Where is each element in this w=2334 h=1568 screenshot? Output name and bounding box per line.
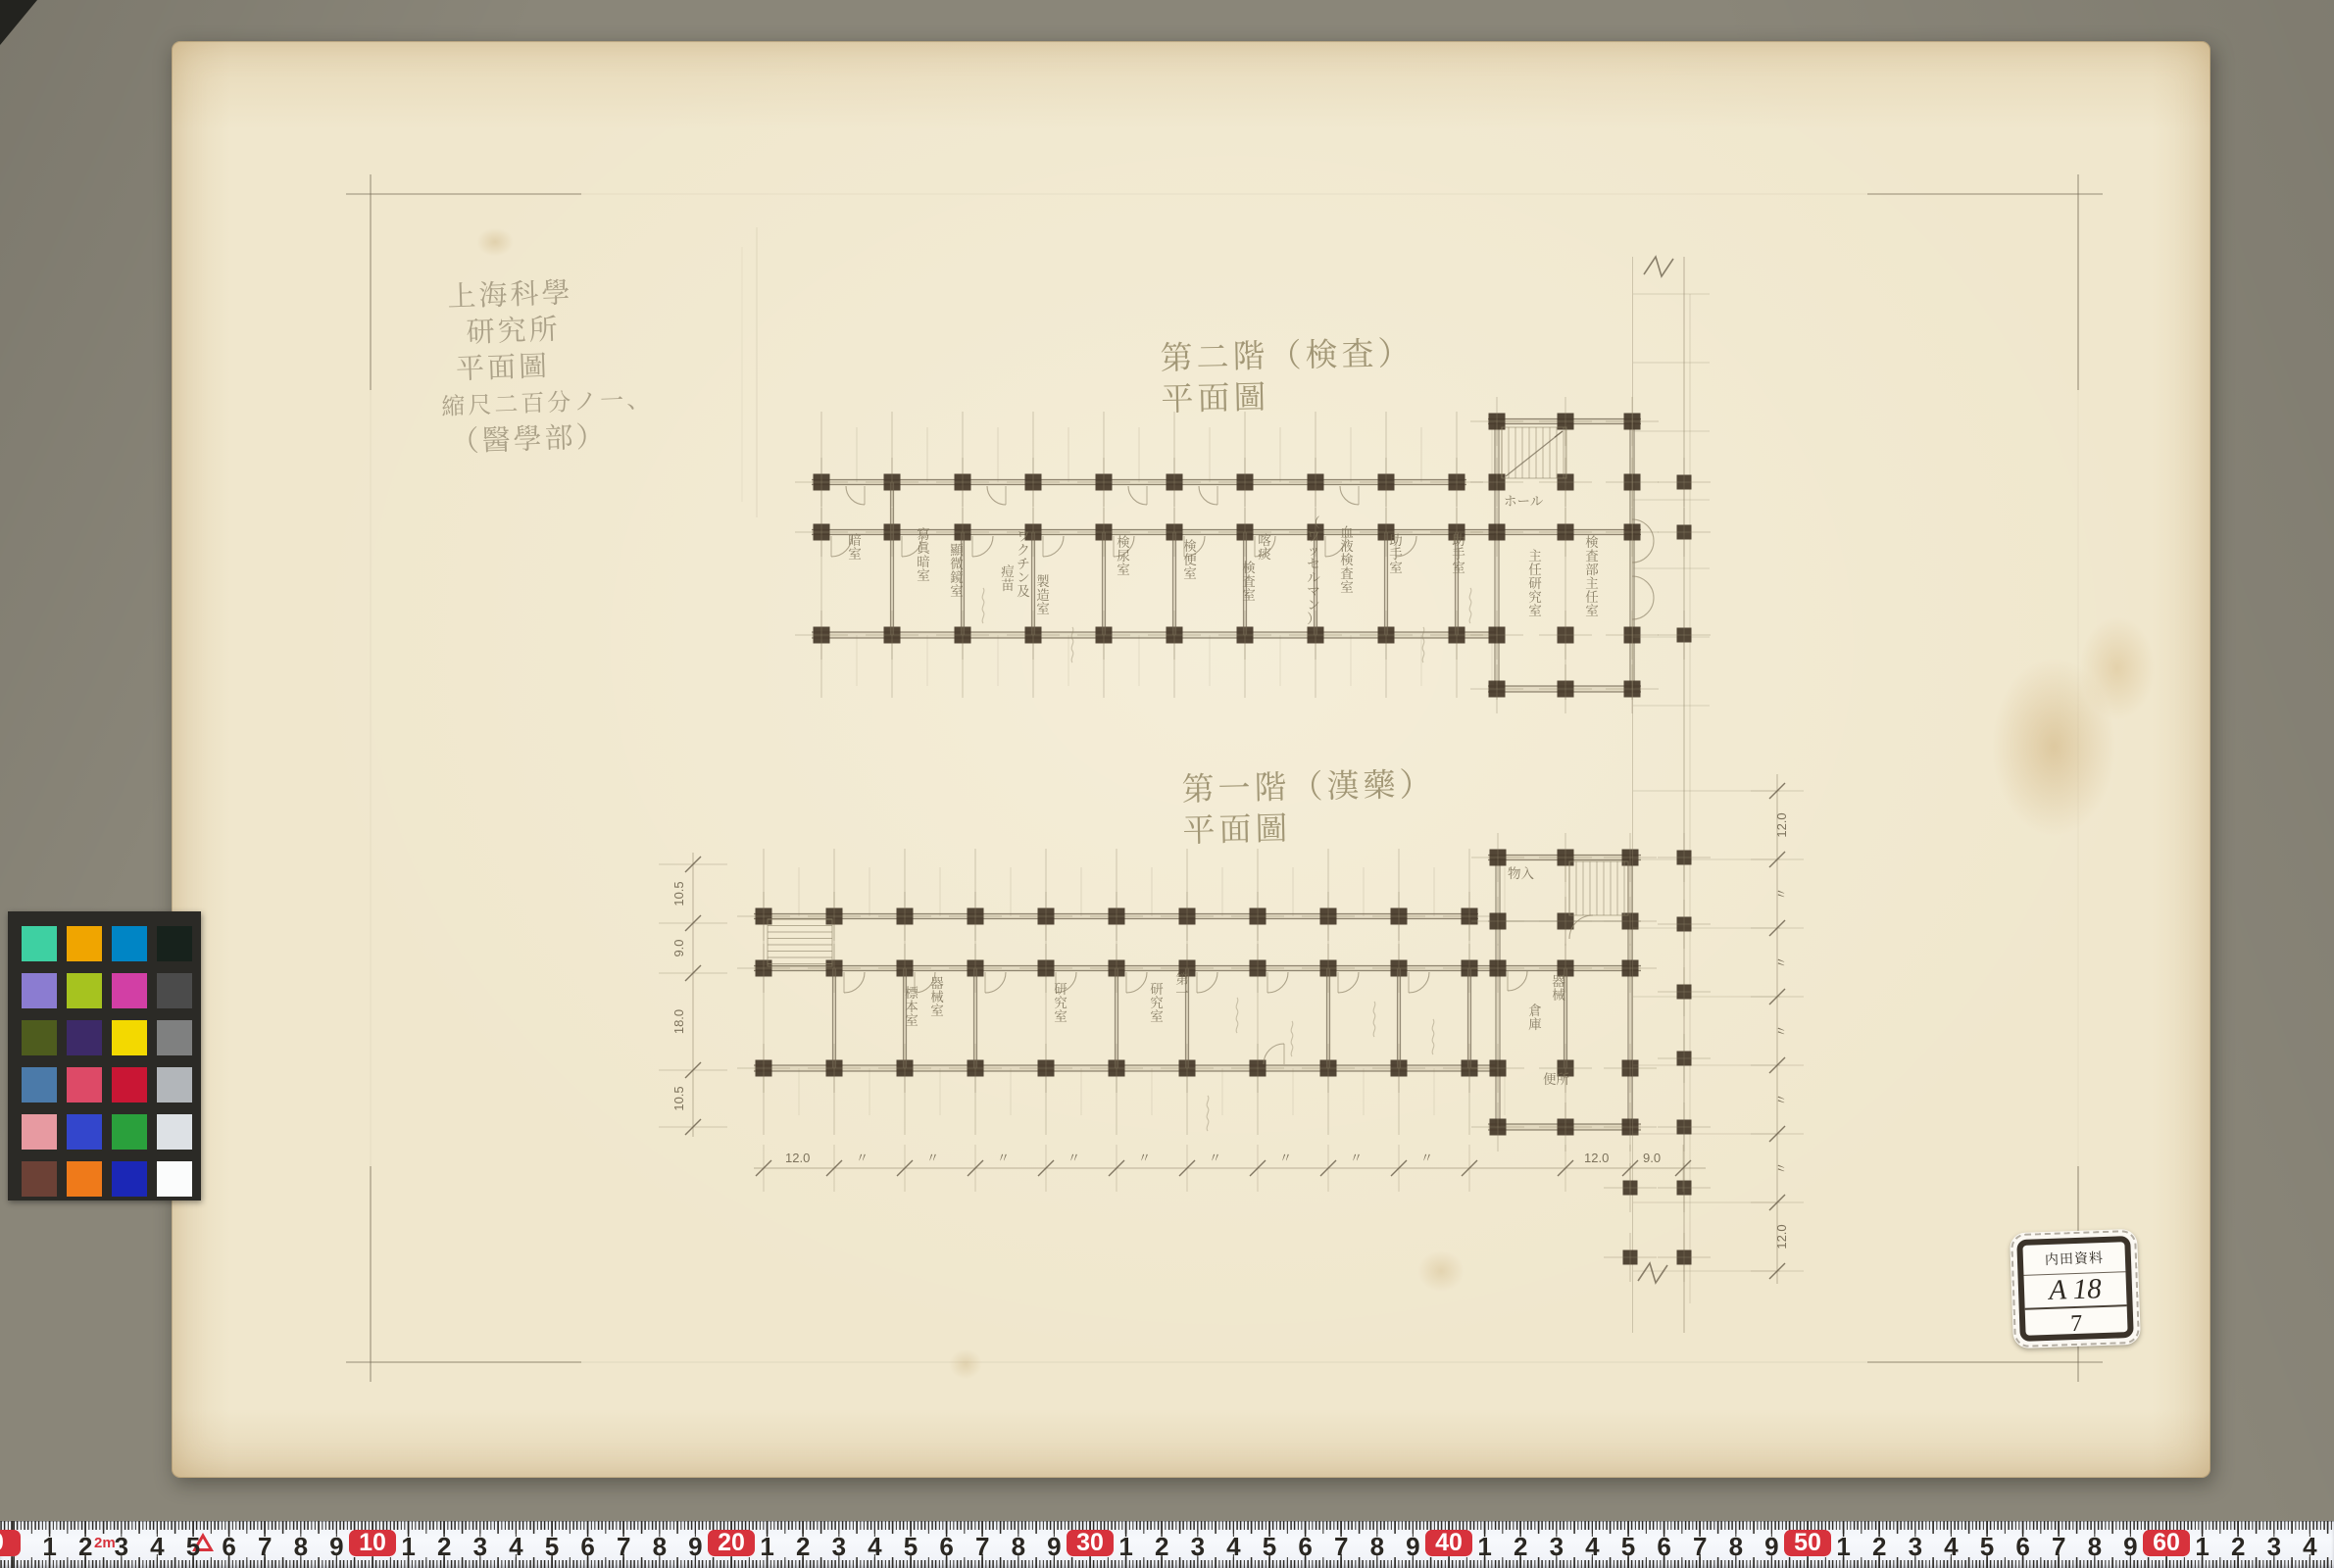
room-label: 標本室 — [905, 985, 919, 1028]
tape-number: 5 — [174, 1532, 213, 1562]
room-label: 血液検査室 — [1340, 525, 1354, 595]
room-label: 喀痰 — [1258, 533, 1271, 562]
color-patch — [22, 1067, 57, 1102]
tape-number: 7 — [604, 1532, 643, 1562]
tape-number: 4 — [1931, 1532, 1970, 1562]
dimension-label: 9.0 — [1643, 1151, 1661, 1165]
dimension-label: 12.0 — [1774, 812, 1789, 837]
tape-number: 6 — [2004, 1532, 2043, 1562]
dimension-label: 〃 — [1279, 1151, 1292, 1165]
tape-number: 1 — [30, 1532, 70, 1562]
dimension-label: 〃 — [1350, 1151, 1363, 1165]
color-patch — [157, 1114, 192, 1150]
dimension-label: 18.0 — [671, 1009, 686, 1034]
room-label: 助手室 — [1452, 533, 1465, 575]
tape-number: 4 — [855, 1532, 894, 1562]
color-patch — [67, 1114, 102, 1150]
tape-number: 1 — [2183, 1532, 2222, 1562]
color-patch — [112, 1161, 147, 1197]
color-patch — [157, 1067, 192, 1102]
room-label: （ワッセルマン） — [1307, 515, 1320, 626]
floor-plan-drawing: 10.59.018.010.512.0〃〃〃〃〃〃〃〃〃12.09.012.0〃… — [0, 0, 2334, 1568]
tape-number: 6 — [1645, 1532, 1684, 1562]
tape-number: 2 — [2218, 1532, 2258, 1562]
tape-tick-strip — [0, 1521, 2334, 1530]
trim-marks — [346, 174, 2103, 1382]
archive-label-number: 7 — [2025, 1306, 2128, 1342]
color-patch — [112, 1067, 147, 1102]
dimension-label: 〃 — [1209, 1151, 1221, 1165]
tape-number: 4 — [137, 1532, 176, 1562]
room-label: 検査部主任室 — [1585, 534, 1599, 618]
measuring-tape: 2m 0123456789101234567892012345678930123… — [0, 1521, 2334, 1568]
room-label: 助手室 — [1389, 533, 1403, 575]
room-label: 顯微鏡室 — [950, 543, 964, 599]
color-patch — [112, 973, 147, 1008]
color-patch — [112, 926, 147, 961]
tape-number: 1 — [1465, 1532, 1505, 1562]
dimension-label: 12.0 — [785, 1151, 810, 1165]
color-patch — [67, 1161, 102, 1197]
room-label: 器械室 — [930, 976, 944, 1018]
tape-number: 2 — [783, 1532, 822, 1562]
scanned-drawing-scene: 上海科學 研究所 平面圖 縮尺二百分ノ一、 （醫學部） 第二階（検査） 平面圖 … — [0, 0, 2334, 1568]
color-patch — [67, 1067, 102, 1102]
tape-number: 3 — [1896, 1532, 1935, 1562]
room-label: 器械 — [1552, 974, 1565, 1003]
tape-number: 1 — [1107, 1532, 1146, 1562]
dimension-label: 12.0 — [1584, 1151, 1609, 1165]
tape-number: 4 — [1572, 1532, 1612, 1562]
dimension-label: 〃 — [1420, 1151, 1433, 1165]
color-patch — [22, 1020, 57, 1055]
tape-number: 6 — [569, 1532, 608, 1562]
tape-number: 8 — [640, 1532, 679, 1562]
color-patch — [157, 1020, 192, 1055]
color-patch — [67, 1020, 102, 1055]
dimension-label: 10.5 — [671, 1086, 686, 1110]
tape-number: 2 — [1860, 1532, 1899, 1562]
tape-number: 3 — [1537, 1532, 1576, 1562]
color-patch — [157, 973, 192, 1008]
color-patch — [22, 1161, 57, 1197]
room-label: 便所 — [1543, 1072, 1570, 1087]
dimension-label: 〃 — [1068, 1151, 1080, 1165]
tape-number: 8 — [1358, 1532, 1397, 1562]
tape-number: 1 — [389, 1532, 428, 1562]
dimension-label: 12.0 — [1774, 1224, 1789, 1249]
tape-number: 2 — [1142, 1532, 1181, 1562]
tape-number: 8 — [999, 1532, 1038, 1562]
color-patch — [22, 1114, 57, 1150]
tape-number: 8 — [281, 1532, 321, 1562]
color-patch — [112, 1114, 147, 1150]
tape-number: 7 — [1321, 1532, 1361, 1562]
archive-label: 内田資料 A 18 7 — [2010, 1229, 2141, 1348]
color-patch — [157, 1161, 192, 1197]
room-label: 検尿室 — [1117, 534, 1130, 577]
dimension-label: 〃 — [1774, 1161, 1789, 1174]
dimension-label: 9.0 — [671, 939, 686, 956]
dimension-label: 〃 — [856, 1151, 869, 1165]
dimension-label: 〃 — [1774, 1024, 1789, 1037]
color-patch — [67, 926, 102, 961]
archive-label-ring: 内田資料 A 18 7 — [2016, 1236, 2134, 1342]
tape-number: 2 — [66, 1532, 105, 1562]
color-patch — [157, 926, 192, 961]
tape-number: 7 — [1680, 1532, 1719, 1562]
color-patch — [22, 973, 57, 1008]
dimension-label: 〃 — [1774, 887, 1789, 900]
tape-number: 2 — [424, 1532, 464, 1562]
tape-number: 6 — [210, 1532, 249, 1562]
dimension-label: 〃 — [997, 1151, 1010, 1165]
tape-number: 1 — [748, 1532, 787, 1562]
tape-number: 3 — [1178, 1532, 1217, 1562]
tape-number: 3 — [819, 1532, 859, 1562]
tape-number: 5 — [1250, 1532, 1289, 1562]
tape-number: 2 — [1501, 1532, 1540, 1562]
dimension-label: 10.5 — [671, 881, 686, 906]
tape-number: 6 — [1286, 1532, 1325, 1562]
tape-decade-number: 0 — [0, 1530, 21, 1556]
tape-number: 3 — [102, 1532, 141, 1562]
tape-number: 4 — [1214, 1532, 1253, 1562]
room-label: 暗室 — [848, 533, 862, 562]
tape-number: 6 — [927, 1532, 967, 1562]
color-patch — [112, 1020, 147, 1055]
room-label: 痘苗 — [1001, 564, 1015, 593]
room-label: ホール — [1504, 494, 1544, 509]
tape-number: 5 — [891, 1532, 930, 1562]
color-calibration-chart — [8, 911, 201, 1200]
tape-number: 8 — [2075, 1532, 2114, 1562]
tape-number: 8 — [1716, 1532, 1756, 1562]
room-label: 倉庫 — [1528, 1003, 1542, 1032]
tape-number: 5 — [1967, 1532, 2007, 1562]
archive-label-code: A 18 — [2024, 1272, 2127, 1310]
tape-number: 7 — [245, 1532, 284, 1562]
tape-number: 4 — [2290, 1532, 2329, 1562]
dimension-label: 〃 — [926, 1151, 939, 1165]
tape-number: 7 — [963, 1532, 1002, 1562]
room-label: 製造室 — [1036, 573, 1050, 616]
room-label: 研究室 — [1054, 982, 1068, 1024]
room-label: 第一 — [1175, 972, 1189, 1001]
tape-number: 4 — [496, 1532, 535, 1562]
dimension-label: 〃 — [1774, 1093, 1789, 1105]
tape-number: 3 — [461, 1532, 500, 1562]
room-label: 寫眞暗室 — [917, 527, 931, 583]
room-label: ワクチン及 — [1017, 529, 1030, 599]
dimension-label: 〃 — [1774, 955, 1789, 968]
tape-number: 5 — [532, 1532, 571, 1562]
tape-number: 7 — [2039, 1532, 2078, 1562]
room-label: 検便室 — [1183, 538, 1197, 581]
tape-number: 1 — [1824, 1532, 1863, 1562]
tape-number: 3 — [2255, 1532, 2294, 1562]
archive-label-publisher: 内田資料 — [2022, 1242, 2125, 1276]
room-label: 検査室 — [1242, 560, 1256, 603]
tape-number: 5 — [1609, 1532, 1648, 1562]
dimension-label: 〃 — [1138, 1151, 1151, 1165]
room-label: 物入 — [1508, 865, 1535, 881]
color-patch — [22, 926, 57, 961]
room-label: 主任研究室 — [1528, 549, 1542, 618]
room-label: 研究室 — [1150, 982, 1164, 1024]
color-patch — [67, 973, 102, 1008]
